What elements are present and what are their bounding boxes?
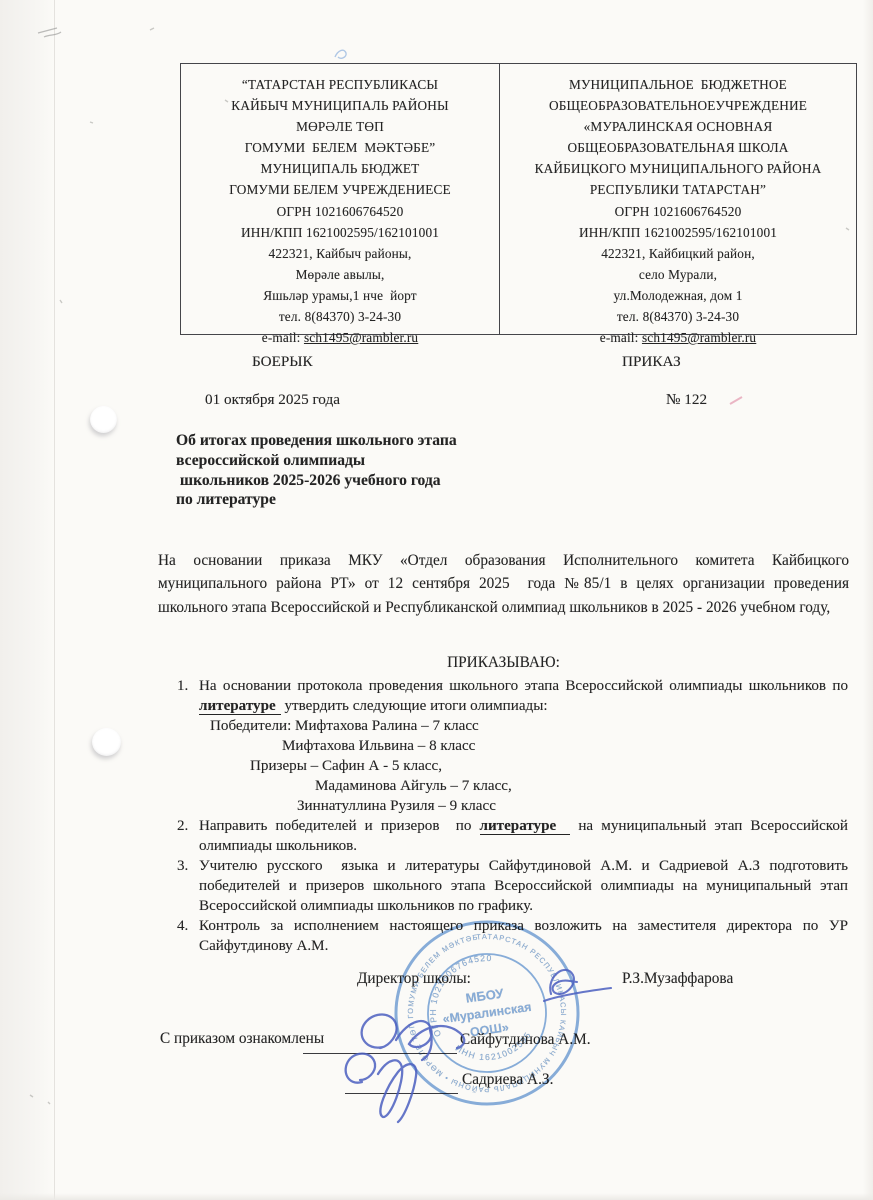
item-text: Учителю русского языка и литературы Сайф…	[199, 856, 848, 916]
letterhead-address: 422321, Кайбыч районы,	[181, 243, 499, 264]
order-item-3: 3. Учителю русского языка и литературы С…	[177, 856, 848, 916]
letterhead-line: ОБЩЕОБРАЗОВАТЕЛЬНАЯ ШКОЛА	[500, 137, 856, 158]
letterhead-line: РЕСПУБЛИКИ ТАТАРСТАН”	[500, 179, 856, 200]
letterhead-line: МУНИЦИПАЛЬ БЮДЖЕТ	[181, 158, 499, 179]
letterhead-ogrn: ОГРН 1021606764520	[181, 201, 499, 222]
acknowledged-name-1: Сайфутдинова А.М.	[460, 1031, 591, 1049]
signature-line	[345, 1079, 458, 1094]
order-heading-russian: ПРИКАЗ	[622, 353, 681, 371]
subject-line: всероссийской олимпиады	[176, 451, 457, 471]
item-number: 4.	[177, 916, 199, 956]
stamp-org-line1: МБОУ	[465, 985, 506, 1005]
email-address: sch1495@rambler.ru	[304, 330, 418, 345]
letterhead-line: “ТАТАРСТАН РЕСПУБЛИКАСЫ	[181, 74, 499, 95]
item-text: Контроль за исполнением настоящего прика…	[199, 916, 848, 956]
scan-edge-bottom	[0, 1193, 873, 1200]
order-subject: Об итогах проведения школьного этапа все…	[176, 431, 457, 510]
item-number: 2.	[177, 816, 199, 856]
acknowledgement-label: С приказом ознакомлены	[160, 1030, 324, 1048]
scan-edge-left	[0, 0, 55, 1200]
email-label: e-mail:	[600, 330, 642, 345]
stamp-inner-circle	[420, 946, 553, 1079]
item-text: Направить победителей и призеров по лите…	[199, 816, 848, 856]
letterhead-inn-kpp: ИНН/КПП 1621002595/162101001	[181, 222, 499, 243]
letterhead-line: МӨРӘЛЕ ТӨП	[181, 116, 499, 137]
director-name: Р.З.Музаффарова	[622, 970, 733, 988]
letterhead-line: КАЙБЫЧ МУНИЦИПАЛЬ РАЙОНЫ	[181, 95, 499, 116]
punch-hole-top	[90, 406, 117, 433]
director-signature	[544, 970, 611, 1001]
order-number: № 122	[666, 391, 707, 409]
item-number: 3.	[177, 856, 199, 916]
scanned-order-document: “ТАТАРСТАН РЕСПУБЛИКАСЫ КАЙБЫЧ МУНИЦИПАЛ…	[0, 0, 873, 1200]
prizers-line: Призеры – Сафин А - 5 класс,	[250, 756, 848, 776]
winners-line: Победители: Мифтахова Ралина – 7 класс	[210, 716, 848, 736]
letterhead-column-russian: МУНИЦИПАЛЬНОЕ БЮДЖЕТНОЕ ОБЩЕОБРАЗОВАТЕЛЬ…	[500, 64, 856, 334]
letterhead-phone: тел. 8(84370) 3-24-30	[500, 306, 856, 327]
letterhead-line: ГОМУМИ БЕЛЕМ УЧРЕЖДЕНИЕСЕ	[181, 179, 499, 200]
subject-line: Об итогах проведения школьного этапа	[176, 431, 457, 451]
letterhead-inn-kpp: ИНН/КПП 1621002595/162101001	[500, 222, 856, 243]
director-role-label: Директор школы:	[357, 970, 471, 988]
email-address: sch1495@rambler.ru	[642, 330, 756, 345]
subject-keyword: литературе	[199, 698, 281, 715]
order-item-1: 1. На основании протокола проведения шко…	[177, 676, 848, 716]
letterhead-column-tatar: “ТАТАРСТАН РЕСПУБЛИКАСЫ КАЙБЫЧ МУНИЦИПАЛ…	[181, 64, 500, 334]
order-item-4: 4. Контроль за исполнением настоящего пр…	[177, 916, 848, 956]
subject-keyword: литературе	[480, 818, 571, 835]
letterhead-address: 422321, Кайбицкий район,	[500, 243, 856, 264]
letterhead-address: Мөрәле авылы,	[181, 264, 499, 285]
subject-line: по литературе	[176, 490, 457, 510]
scan-edge-right	[863, 0, 873, 1200]
letterhead-phone: тел. 8(84370) 3-24-30	[181, 306, 499, 327]
signature-line	[303, 1039, 457, 1054]
letterhead-table: “ТАТАРСТАН РЕСПУБЛИКАСЫ КАЙБЫЧ МУНИЦИПАЛ…	[180, 63, 857, 335]
punch-hole-bottom	[92, 728, 121, 756]
item-number: 1.	[177, 676, 199, 716]
letterhead-email-line: e-mail: sch1495@rambler.ru	[500, 327, 856, 348]
letterhead-line: ОБЩЕОБРАЗОВАТЕЛЬНОЕУЧРЕЖДЕНИЕ	[500, 95, 856, 116]
subject-line: школьников 2025-2026 учебного года	[176, 471, 457, 491]
letterhead-ogrn: ОГРН 1021606764520	[500, 201, 856, 222]
prizers-line: Зиннатуллина Рузиля – 9 класс	[297, 796, 848, 816]
order-heading-tatar: БОЕРЫК	[252, 353, 313, 371]
resolution-heading: ПРИКАЗЫВАЮ:	[158, 654, 849, 672]
letterhead-email-line: e-mail: sch1495@rambler.ru	[181, 327, 499, 348]
letterhead-address: Яшьләр урамы,1 нче йорт	[181, 285, 499, 306]
order-preamble: На основании приказа МКУ «Отдел образова…	[158, 549, 849, 619]
acknowledged-name-2: Садриева А.З.	[462, 1071, 553, 1089]
letterhead-line: МУНИЦИПАЛЬНОЕ БЮДЖЕТНОЕ	[500, 74, 856, 95]
stamp-ogrn-text: ОГРН 1021606764520	[420, 952, 503, 1039]
letterhead-address: ул.Молодежная, дом 1	[500, 285, 856, 306]
letterhead-line: «МУРАЛИНСКАЯ ОСНОВНАЯ	[500, 116, 856, 137]
stamp-org-line2: «Муралинская	[442, 1000, 532, 1026]
order-items: 1. На основании протокола проведения шко…	[177, 676, 848, 956]
winners-line: Мифтахова Ильвина – 8 класс	[282, 736, 848, 756]
letterhead-line: ГОМУМИ БЕЛЕМ МӘКТӘБЕ”	[181, 137, 499, 158]
email-label: e-mail:	[262, 330, 304, 345]
order-date: 01 октября 2025 года	[205, 391, 340, 409]
item-text: На основании протокола проведения школьн…	[199, 676, 848, 716]
letterhead-line: КАЙБИЦКОГО МУНИЦИПАЛЬНОГО РАЙОНА	[500, 158, 856, 179]
letterhead-address: село Мурали,	[500, 264, 856, 285]
order-item-2: 2. Направить победителей и призеров по л…	[177, 816, 848, 856]
prizers-line: Мадаминова Айгуль – 7 класс,	[315, 776, 848, 796]
